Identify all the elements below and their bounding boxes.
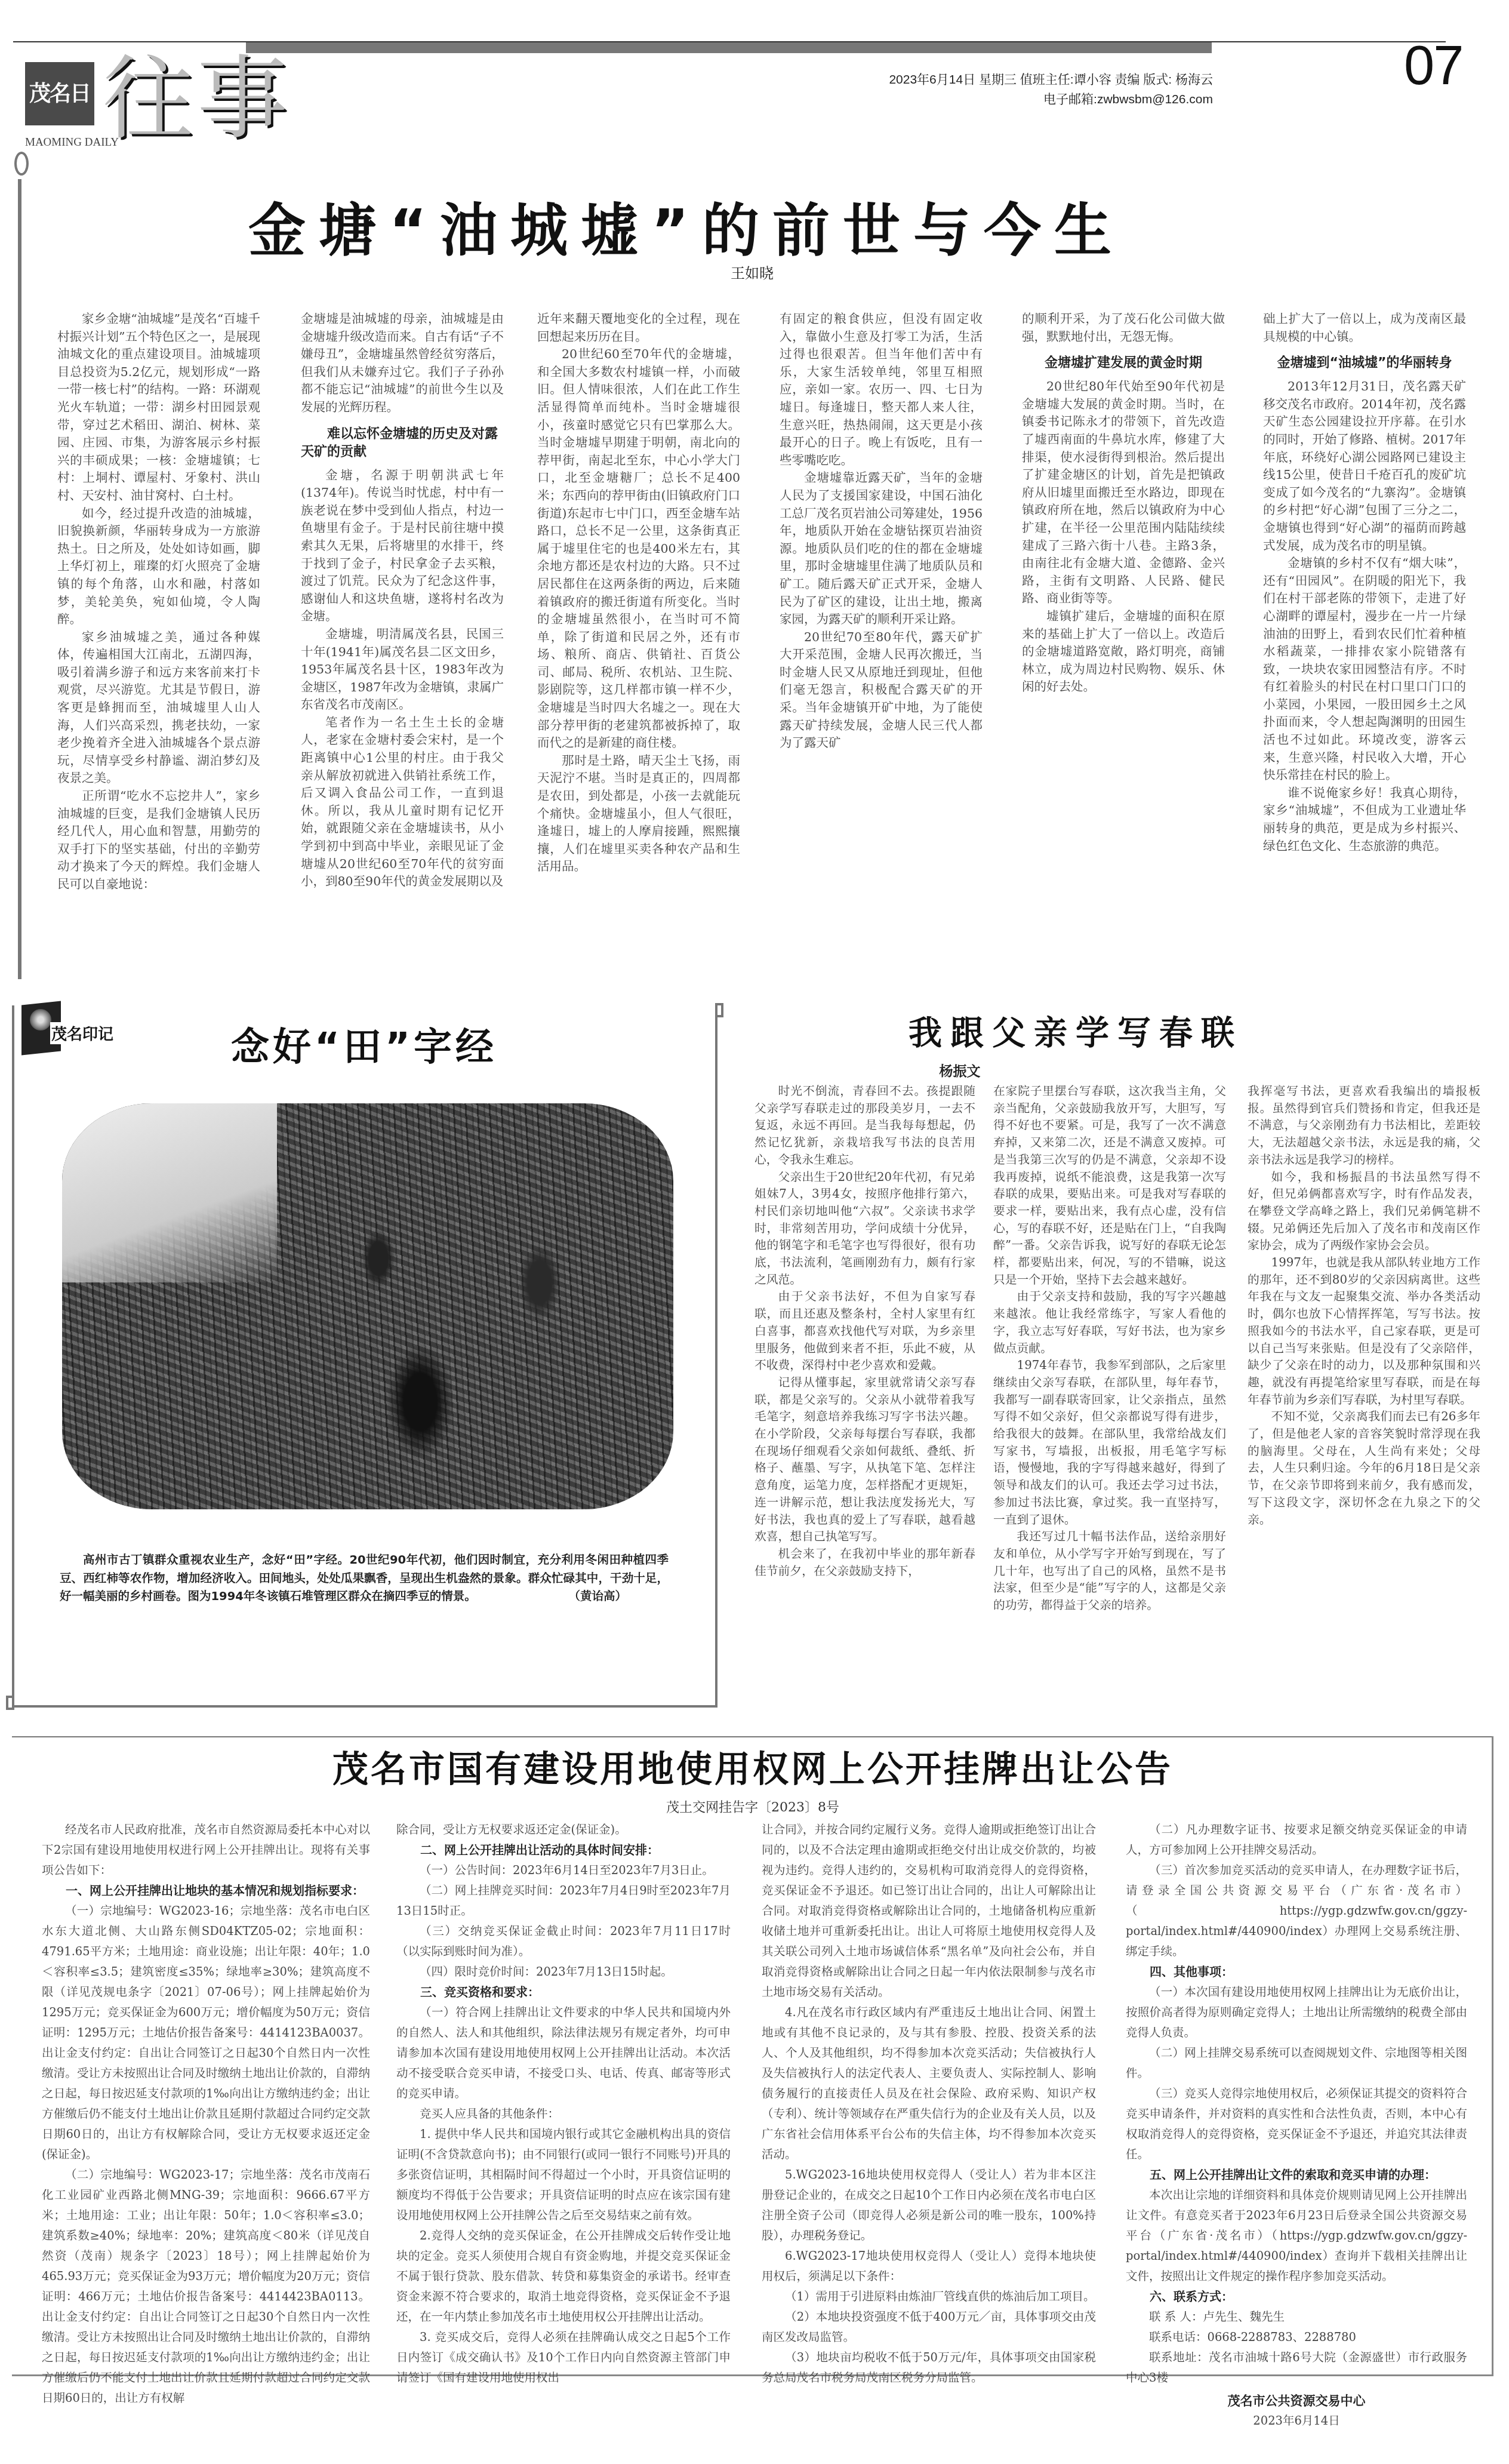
section-heading: 六、联系方式：: [1126, 2287, 1467, 2307]
frame-corner-ornament: [6, 1696, 14, 1710]
paragraph: （二）网上挂牌交易系统可以查阅规划文件、宗地图等相关图件。: [1126, 2043, 1467, 2084]
paragraph: 那时是土路，晴天尘土飞扬，雨天泥泞不堪。当时是真正的，四周都是农田，到处都是，小…: [537, 752, 740, 876]
photo-credit: （黄诒高）: [545, 1588, 627, 1606]
paragraph: 父亲出生于20世纪20年代初，有兄弟姐妹7人，3男4女，按照序他排行第六，村民们…: [754, 1169, 975, 1289]
paragraph: 竞买人应具备的其他条件：: [396, 2104, 731, 2124]
paragraph: （一）公告时间：2023年6月14日至2023年7月3日止。: [396, 1860, 731, 1881]
paragraph: 金塘镇的乡村不仅有“烟大味”，还有“田园风”。在阴暖的阳光下，我们在村干部老陈的…: [1263, 555, 1466, 785]
frame-corner-ornament: [715, 1003, 723, 1017]
article1-column-3: 近年来翻天覆地变化的全过程，现在回想起来历历在目。 20世纪60至70年代的金塘…: [537, 310, 740, 876]
article3-title: 我跟父亲学写春联: [807, 1007, 1344, 1054]
article3-column-2: 在家院子里摆台写春联，这次我当主角，父亲当配角，父亲鼓励我放开写，大胆写，写得不…: [993, 1083, 1226, 1614]
paragraph: 由于父亲支持和鼓励，我的写字兴趣越来越浓。他让我经常练字，写家人看他的字，我立志…: [993, 1288, 1226, 1357]
article1-column-5: 的顺利开采，为了茂石化公司做大做强，默默地付出，无怨无悔。 金塘墟扩建发展的黄金…: [1022, 310, 1225, 696]
subheading: 金塘墟扩建发展的黄金时期: [1022, 354, 1225, 372]
parcel-wg2023-16: （一）宗地编号：WG2023-16；宗地坐落：茂名市电白区水东大道北侧、大山路东…: [42, 1901, 370, 2165]
article3-column-3: 我挥毫写书法，更喜欢看我编出的墙报板报。虽然得到官兵们赞扬和肯定，但我还是不满意…: [1248, 1083, 1480, 1528]
section-title: 往事: [103, 54, 291, 144]
paragraph: 近年来翻天覆地变化的全过程，现在回想起来历历在目。: [537, 310, 740, 346]
paragraph: 金塘墟，明清属茂名县，民国三十年(1941年)属茂名县二区文田乡，1953年属茂…: [301, 626, 504, 714]
article1-column-4: 有固定的粮食供应，但没有固定收入，靠做小生意及打零工为活，生活过得也很艰苦。但当…: [780, 310, 983, 752]
paragraph: 如今，我和杨振昌的书法虽然写得不好，但兄弟俩都喜欢写字，时有作品发表，在攀登文学…: [1248, 1169, 1480, 1255]
header-bar: [246, 42, 1212, 53]
paragraph: 家乡油城墟之美，通过各种媒体，传遍相国大江南北，五湖四海，吸引着满乡游子和远方来…: [57, 629, 260, 788]
paragraph: 我还写过几十幅书法作品，送给亲朋好友和单位，从小学写字开始写到现在，写了几十年，…: [993, 1528, 1226, 1614]
contact-phone: 联系电话：0668-2288783、2288780: [1126, 2327, 1467, 2348]
announcement-doc-number: 茂土交网挂告字〔2023〕8号: [12, 1797, 1493, 1816]
paragraph: 记得从懂事起，家里就常请父亲写春联，都是父亲写的。父亲从小就带着我写毛笔字，刻意…: [754, 1374, 975, 1546]
paragraph: 6.WG2023-17地块使用权竞得人（受让人）竞得本地块使用权后，须满足以下条…: [762, 2246, 1096, 2287]
paragraph: 金塘墟靠近露天矿，当年的金塘人民为了支援国家建设，中国石油化工总厂茂名页岩油公司…: [780, 469, 983, 628]
announcement-column-3: 让合同》，并按合同约定履行义务。竞得人逾期或拒绝签订出让合同的，以及不合法定理由…: [762, 1820, 1096, 2388]
paragraph: 2013年12月31日，茂名露天矿移交茂名市政府。2014年初，茂名露天矿生态公…: [1263, 378, 1466, 555]
paragraph: 让合同》，并按合同约定履行义务。竞得人逾期或拒绝签订出让合同的，以及不合法定理由…: [762, 1820, 1096, 2002]
contact-address: 联系地址：茂名市油城十路6号大院（金源盛世）市行政服务中心3楼: [1126, 2348, 1467, 2388]
article-author: 王如晓: [731, 262, 774, 282]
paragraph: （三）竞买人竞得宗地使用权后，必须保证其提交的资料符合竞买申请条件，并对资料的真…: [1126, 2084, 1467, 2165]
announcement-column-1: 经茂名市人民政府批准，茂名市自然资源局委托本中心对以下2宗国有建设用地使用权进行…: [42, 1820, 370, 2408]
rose-icon: [30, 1009, 51, 1030]
article3-author: 杨振文: [882, 1060, 1037, 1080]
paragraph: 谁不说俺家乡好！我真心期待，家乡“油城墟”，不但成为工业遗址华丽转身的典范，更是…: [1263, 785, 1466, 855]
section-heading: 五、网上公开挂牌出让文件的索取和竞买申请的办理：: [1126, 2165, 1467, 2185]
paragraph: 1974年春节，我参军到部队，之后家里继续由父亲写春联，在部队里，每年春节，我都…: [993, 1357, 1226, 1528]
paragraph: 4.凡在茂名市行政区域内有严重违反土地出让合同、闲置土地或有其他不良记录的，及与…: [762, 2002, 1096, 2165]
paragraph: （三）首次参加竞买活动的竞买申请人，在办理数字证书后，请登录全国公共资源交易平台…: [1126, 1860, 1467, 1962]
photo-feature-title: 念好“田”字经: [119, 1016, 609, 1071]
paragraph: 金塘墟是油城墟的母亲，油城墟是由金塘墟升级改造而来。自古有话“子不嫌母丑”，金塘…: [301, 310, 504, 417]
paragraph: 墟镇扩建后，金塘墟的面积在原来的基础上扩大了一倍以上。改造后的金塘墟道路宽敞，路…: [1022, 608, 1225, 696]
paragraph: 经茂名市人民政府批准，茂名市自然资源局委托本中心对以下2宗国有建设用地使用权进行…: [42, 1820, 370, 1881]
paragraph: （2）本地块投资强度不低于400万元／亩，具体事项交由茂南区发改局监管。: [762, 2307, 1096, 2348]
paragraph: （一）本次国有建设用地使用权网上挂牌出让为无底价出让，按照价高者得为原则确定竞得…: [1126, 1982, 1467, 2043]
paragraph: 在家院子里摆台写春联，这次我当主角，父亲当配角，父亲鼓励我放开写，大胆写，写得不…: [993, 1083, 1226, 1288]
article3-column-1: 时光不倒流，青春回不去。孩提跟随父亲学写春联走过的那段美岁月，一去不复返，永远不…: [754, 1083, 975, 1580]
parcel-wg2023-17: （二）宗地编号：WG2023-17；宗地坐落：茂名市茂南石化工业园矿业西路北侧M…: [42, 2165, 370, 2408]
timeline-bar: [18, 179, 21, 979]
photo-caption: 高州市古丁镇群众重视农业生产，念好“田”字经。20世纪90年代初，他们因时制宜，…: [60, 1551, 669, 1606]
contact-person: 联 系 人：卢先生、魏先生: [1126, 2307, 1467, 2327]
paragraph: 1997年，也就是我从部队转业地方工作的那年，还不到80岁的父亲因病离世。这些年…: [1248, 1254, 1480, 1408]
section-heading: 三、竞买资格和要求：: [396, 1982, 731, 2002]
paragraph: （四）限时竞价时间：2023年7月13日15时起。: [396, 1962, 731, 1982]
paragraph: 不知不觉，父亲离我们而去已有26多年了，但是他老人家的音容笑貌时常浮现在我的脑海…: [1248, 1408, 1480, 1528]
paragraph: （二）网上挂牌竞买时间：2023年7月4日9时至2023年7月13日15时正。: [396, 1881, 731, 1921]
paragraph: 家乡金塘“油城墟”是茂名“百墟千村振兴计划”五个特色区之一，是展现油城文化的重点…: [57, 310, 260, 505]
paragraph: 时光不倒流，青春回不去。孩提跟随父亲学写春联走过的那段美岁月，一去不复返，永远不…: [754, 1083, 975, 1169]
paragraph: 正所谓“吃水不忘挖井人”，家乡油城墟的巨变，是我们金塘镇人民历经几代人，用心血和…: [57, 788, 260, 894]
dateline: 2023年6月14日 星期三 值班主任:谭小容 责编 版式: 杨海云: [889, 70, 1213, 88]
paragraph: 1. 提供中华人民共和国境内银行或其它金融机构出具的资信证明(不含贷款意向书)；…: [396, 2124, 731, 2226]
editor-email: 电子邮箱:zwbwsbm@126.com: [1043, 90, 1213, 107]
section-heading: 二、网上公开挂牌出让活动的具体时间安排：: [396, 1840, 731, 1860]
paragraph: 本次出让宗地的详细资料和具体竞价规则请见网上公开挂牌出让文件。有意竞买者于202…: [1126, 2185, 1467, 2287]
column-tag-label: 茂名印记: [50, 1022, 115, 1044]
article1-column-2: 金塘墟是油城墟的母亲，油城墟是由金塘墟升级改造而来。自古有话“子不嫌母丑”，金塘…: [301, 310, 504, 891]
paragraph: 20世纪80年代始至90年代初是金塘墟大发展的黄金时期。当时，在镇委书记陈永才的…: [1022, 378, 1225, 608]
page-number: 07: [1404, 38, 1462, 93]
article-title: 金塘“油城墟”的前世与今生: [119, 185, 1254, 267]
paragraph: 2.竞得人交纳的竞买保证金，在公开挂牌成交后转作受让地块的定金。竞买人须使用合规…: [396, 2226, 731, 2327]
timeline-ring-icon: [14, 152, 29, 176]
paragraph: 如今，经过提升改造的油城墟，旧貌换新颜，华丽转身成为一方旅游热土。日之所及，处处…: [57, 505, 260, 629]
archive-photo: [62, 1103, 673, 1509]
paragraph: 我挥毫写书法，更喜欢看我编出的墙报板报。虽然得到官兵们赞扬和肯定，但我还是不满意…: [1248, 1083, 1480, 1169]
subheading: 难以忘怀金塘墟的历史及对露天矿的贡献: [301, 425, 504, 461]
issue-date: 2023年6月14日: [1126, 2411, 1467, 2431]
paragraph: 础上扩大了一倍以上，成为茂南区最具规模的中心镇。: [1263, 310, 1466, 346]
paragraph: （一）符合网上挂牌出让文件要求的中华人民共和国境内外的自然人、法人和其他组织，除…: [396, 2002, 731, 2104]
newspaper-logo-en: MAOMING DAILY: [25, 136, 94, 149]
announcement-column-2: 除合同，受让方无权要求返还定金(保证金)。 二、网上公开挂牌出让活动的具体时间安…: [396, 1820, 731, 2388]
paragraph: （1）需用于引进原料由炼油厂管线直供的炼油后加工项目。: [762, 2287, 1096, 2307]
section-heading: 四、其他事项：: [1126, 1962, 1467, 1982]
paragraph: 机会来了，在我初中毕业的那年新春佳节前夕，在父亲鼓励支持下，: [754, 1546, 975, 1580]
subheading: 金塘墟到“油城墟”的华丽转身: [1263, 354, 1466, 372]
paragraph: 20世纪60至70年代的金塘墟，和全国大多数农村墟镇一样，小而破旧。但人情味很浓…: [537, 346, 740, 752]
paragraph: 3. 竞买成交后，竞得人必须在挂牌确认成交之日起5个工作日内签订《成交确认书》及…: [396, 2327, 731, 2388]
paragraph: 由于父亲书法好，不但为自家写春联，而且还惠及整条村，全村人家里有红白喜事，都喜欢…: [754, 1288, 975, 1374]
paragraph: 的顺利开采，为了茂石化公司做大做强，默默地付出，无怨无悔。: [1022, 310, 1225, 346]
paragraph: （3）地块亩均税收不低于50万元/年，具体事项交由国家税务总局茂名市税务局茂南区…: [762, 2348, 1096, 2388]
announcement-column-4: （二）凡办理数字证书、按要求足额交纳竞买保证金的申请人，方可参加网上公开挂牌交易…: [1126, 1820, 1467, 2431]
paragraph: 除合同，受让方无权要求返还定金(保证金)。: [396, 1820, 731, 1840]
section-heading: 一、网上公开挂牌出让地块的基本情况和规划指标要求：: [42, 1881, 370, 1901]
article1-column-6: 础上扩大了一倍以上，成为茂南区最具规模的中心镇。 金塘墟到“油城墟”的华丽转身 …: [1263, 310, 1466, 855]
paragraph: 20世纪70至80年代，露天矿扩大开采范围，金塘人民再次搬迁，当时金塘人民又从原…: [780, 629, 983, 752]
paragraph: 笔者作为一名土生土长的金塘人，老家在金塘村委会宋村，是一个距离镇中心1公里的村庄…: [301, 714, 504, 891]
newspaper-logo: 茂名日報: [25, 62, 94, 125]
paragraph: 5.WG2023-16地块使用权竞得人（受让人）若为非本区注册登记企业的，在成交…: [762, 2165, 1096, 2246]
paragraph: （二）凡办理数字证书、按要求足额交纳竞买保证金的申请人，方可参加网上公开挂牌交易…: [1126, 1820, 1467, 1860]
paragraph: 有固定的粮食供应，但没有固定收入，靠做小生意及打零工为活，生活过得也很艰苦。但当…: [780, 310, 983, 469]
article1-column-1: 家乡金塘“油城墟”是茂名“百墟千村振兴计划”五个特色区之一，是展现油城文化的重点…: [57, 310, 260, 894]
paragraph: 金塘，名源于明朝洪武七年(1374年)。传说当时忧虑，村中有一族老说在梦中受到仙…: [301, 467, 504, 626]
issuer-signature: 茂名市公共资源交易中心: [1126, 2391, 1467, 2411]
paragraph: （三）交纳竞买保证金截止时间：2023年7月11日17时（以实际到账时间为准）。: [396, 1921, 731, 1962]
announcement-title: 茂名市国有建设用地使用权网上公开挂牌出让公告: [12, 1741, 1493, 1792]
